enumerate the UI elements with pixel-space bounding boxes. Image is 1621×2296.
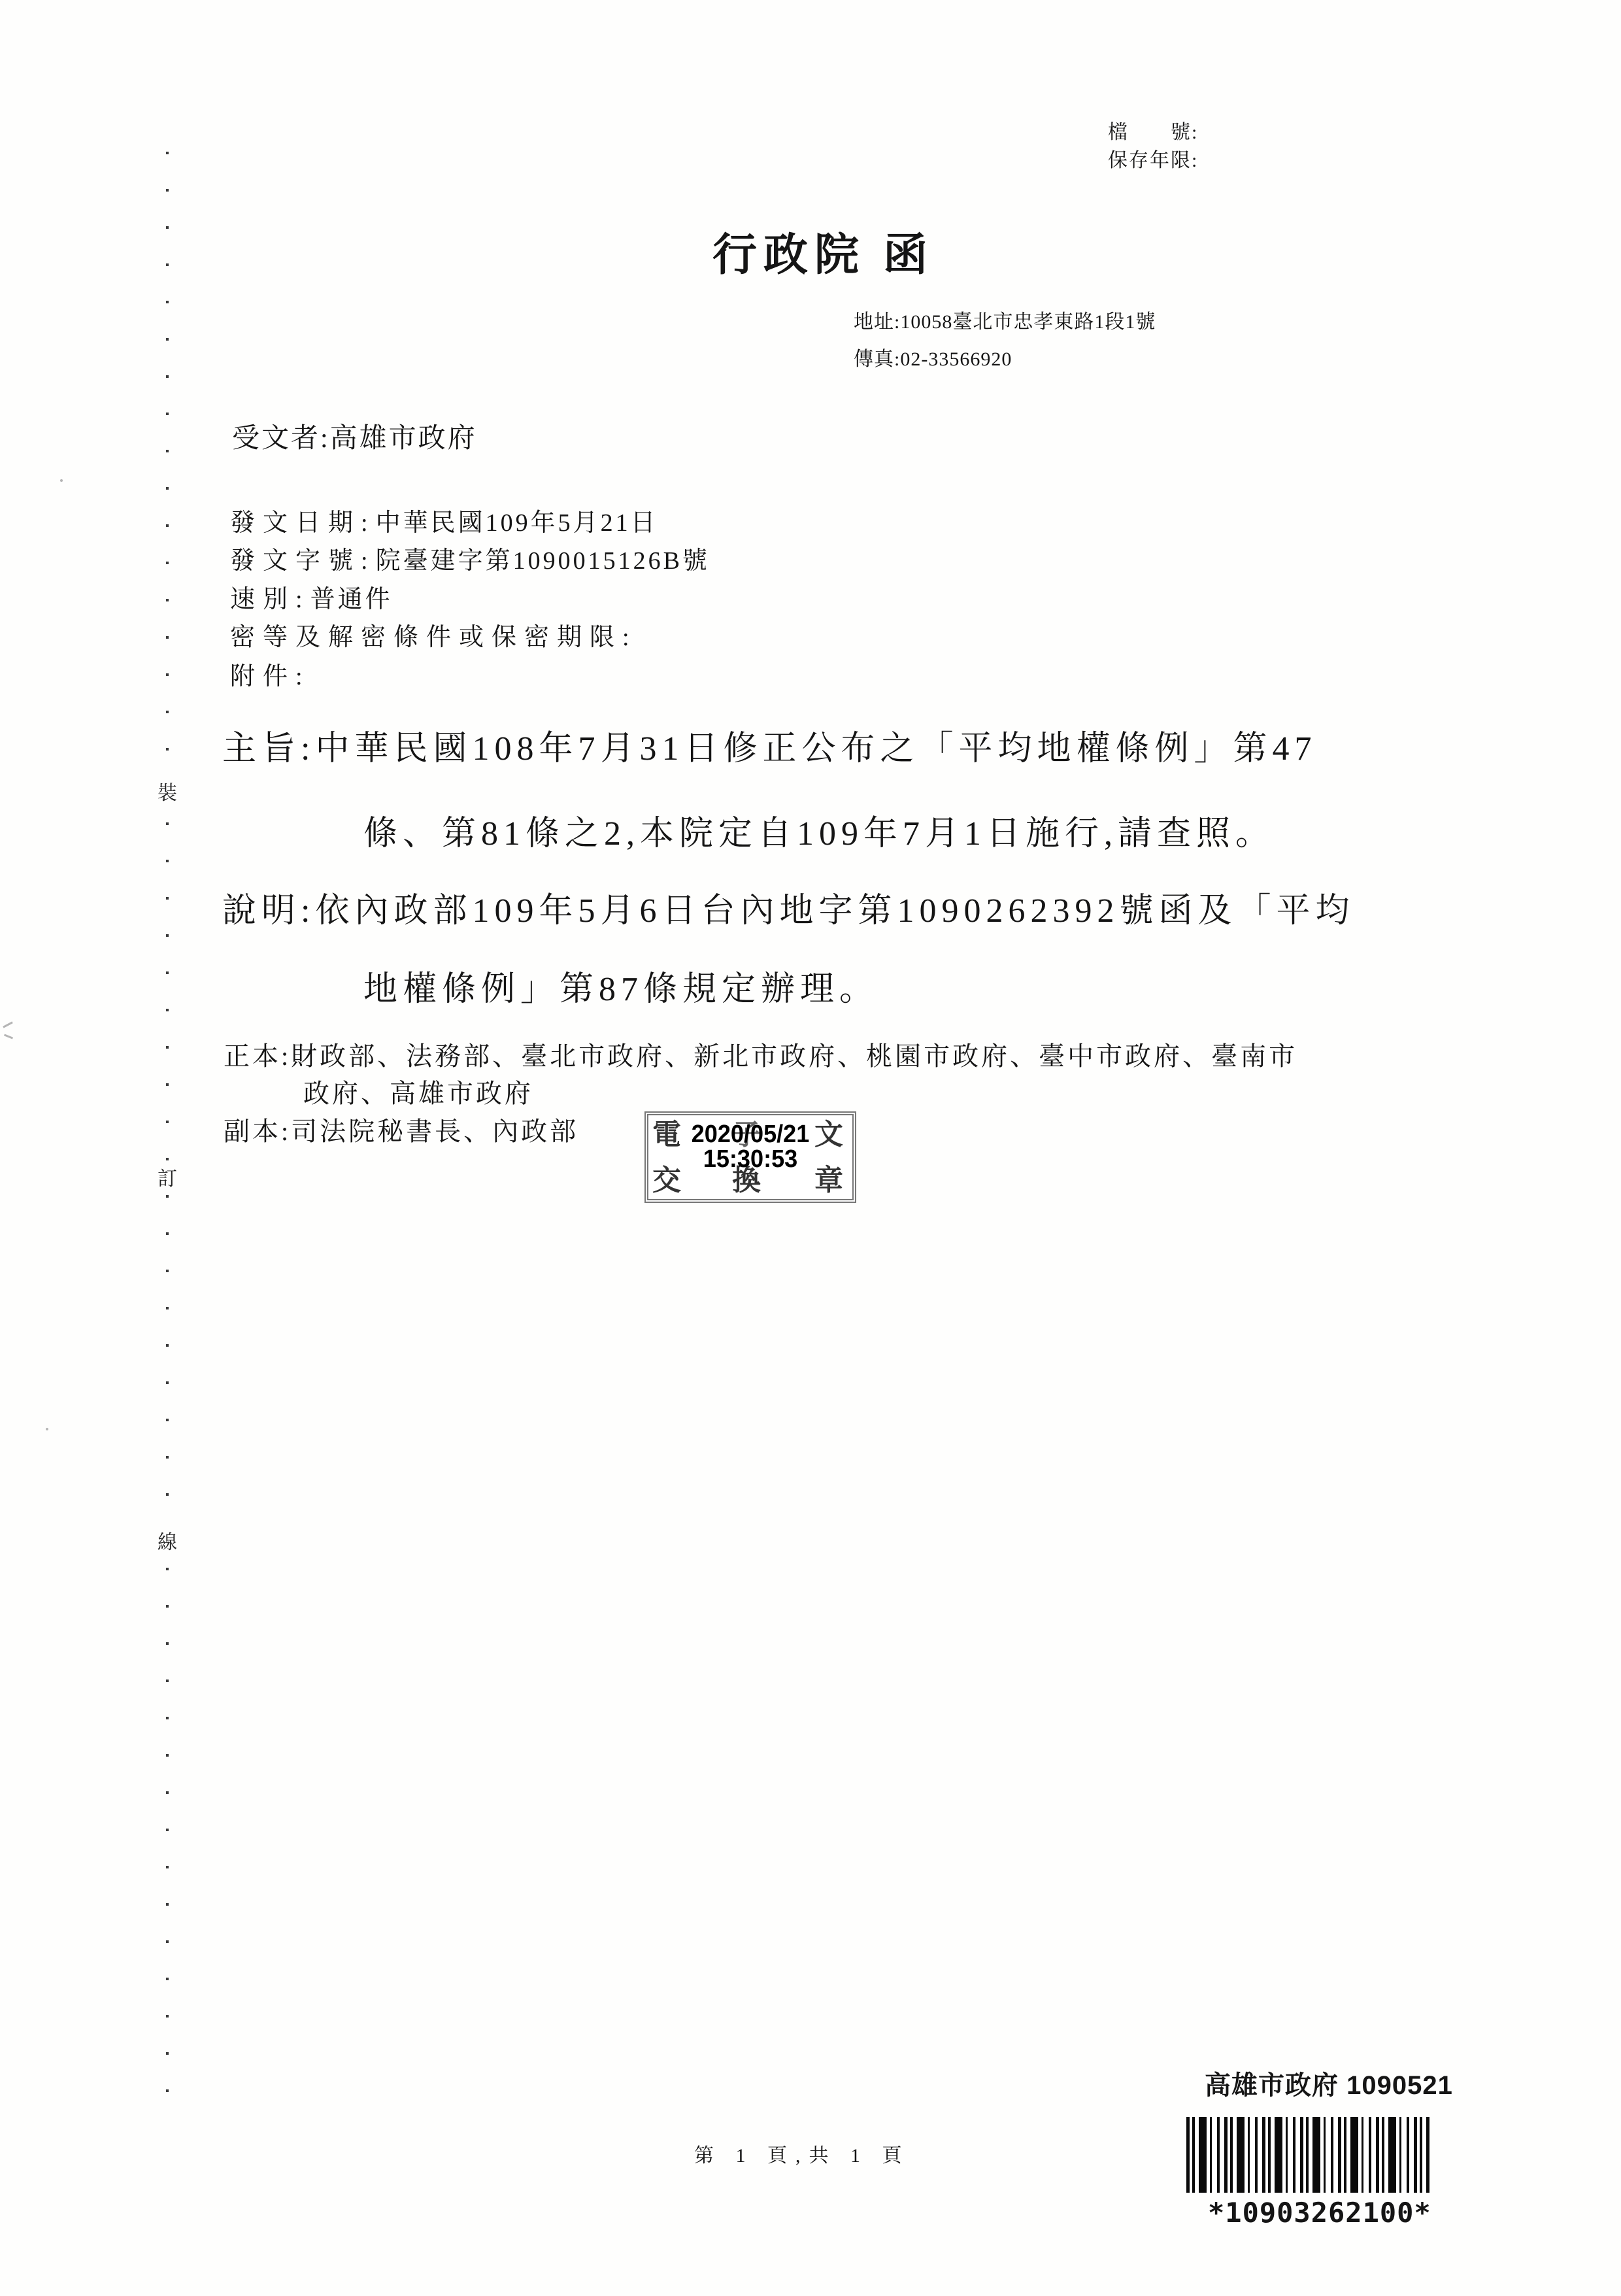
archive-block: 檔 號: 保存年限: xyxy=(1108,123,1198,179)
issue-date-line: 發文日期:中華民國109年5月21日 xyxy=(230,511,658,535)
scan-artifact xyxy=(60,479,63,482)
subject-line-2: 條、第81條之2,本院定自109年7月1日施行,請查照。 xyxy=(363,817,1275,851)
stamp-date: 2020/05/21 xyxy=(654,1122,847,1147)
page-number: 第 1 頁,共 1 頁 xyxy=(694,2146,911,2166)
scan-artifact xyxy=(46,1428,48,1430)
fax-label: 傳真: xyxy=(854,348,900,370)
subject-label: 主旨: xyxy=(222,730,315,768)
original-recipients-line-1: 正本:財政部、法務部、臺北市政府、新北市政府、桃園市政府、臺中市政府、臺南市 xyxy=(224,1043,1297,1070)
binding-mark-zhuang: 裝 xyxy=(154,778,180,809)
cc-label: 副本: xyxy=(224,1117,291,1146)
attachment-label: 附件: xyxy=(230,663,310,690)
fax-value: 02-33566920 xyxy=(900,348,1012,370)
issue-date-value: 中華民國109年5月21日 xyxy=(376,509,658,537)
scan-artifact xyxy=(4,1034,13,1039)
binding-dotted-line xyxy=(166,152,169,2097)
recipient-label: 受文者: xyxy=(232,424,330,454)
security-class-label: 密等及解密條件或保密期限: xyxy=(230,624,637,651)
sender-address-line: 地址:10058臺北市忠孝東路1段1號 xyxy=(854,312,1156,332)
recipient-value: 高雄市政府 xyxy=(330,424,477,454)
retention-period-label: 保存年限: xyxy=(1108,151,1198,171)
recipient-line: 受文者:高雄市政府 xyxy=(232,425,477,452)
speed-class-value: 普通件 xyxy=(310,586,393,613)
barcode-value: *10903262100* xyxy=(1208,2199,1431,2227)
barcode-label: 高雄市政府 1090521 xyxy=(1205,2072,1453,2099)
sender-contact-block: 地址:10058臺北市忠孝東路1段1號 傳真:02-33566920 xyxy=(854,312,1156,387)
cc-text: 司法院秘書長、內政部 xyxy=(291,1117,578,1146)
attachment-line: 附件: xyxy=(230,664,310,689)
binding-mark-ding: 訂 xyxy=(154,1164,180,1195)
speed-class-line: 速別:普通件 xyxy=(230,587,393,612)
explanation-label: 說明: xyxy=(222,892,315,930)
explanation-line-2: 地權條例」第87條規定辦理。 xyxy=(363,973,878,1007)
barcode xyxy=(1186,2117,1429,2193)
original-recipients-line-2: 政府、高雄市政府 xyxy=(303,1081,533,1107)
sender-fax-line: 傳真:02-33566920 xyxy=(854,350,1156,369)
explanation-text-1: 依內政部109年5月6日台內地字第1090262392號函及「平均 xyxy=(315,892,1354,930)
original-text-1: 財政部、法務部、臺北市政府、新北市政府、桃園市政府、臺中市政府、臺南市 xyxy=(291,1041,1297,1071)
original-label: 正本: xyxy=(224,1041,291,1071)
address-label: 地址: xyxy=(854,311,900,333)
subject-text-1: 中華民國108年7月31日修正公布之「平均地權條例」第47 xyxy=(315,730,1316,768)
issue-date-label: 發文日期: xyxy=(230,509,376,537)
doc-number-label: 發文字號: xyxy=(230,547,376,575)
subject-line-1: 主旨:中華民國108年7月31日修正公布之「平均地權條例」第47 xyxy=(222,732,1316,766)
scanned-official-letter: 裝 訂 線 檔 號: 保存年限: 行政院 函 地址:10058臺北市忠孝東路1段… xyxy=(0,0,1621,2296)
electronic-exchange-stamp: 電 子 文 交 換 章 2020/05/21 15:30:53 xyxy=(644,1111,856,1203)
security-class-line: 密等及解密條件或保密期限: xyxy=(230,625,637,650)
address-value: 10058臺北市忠孝東路1段1號 xyxy=(900,311,1156,333)
doc-number-line: 發文字號:院臺建字第1090015126B號 xyxy=(230,549,710,573)
speed-class-label: 速別: xyxy=(230,586,310,613)
binding-mark-xian: 線 xyxy=(154,1527,180,1559)
doc-number-value: 院臺建字第1090015126B號 xyxy=(376,547,710,575)
document-title: 行政院 函 xyxy=(712,233,934,277)
scan-artifact xyxy=(3,1021,13,1028)
stamp-time: 15:30:53 xyxy=(654,1147,847,1172)
explanation-line-1: 說明:依內政部109年5月6日台內地字第1090262392號函及「平均 xyxy=(222,894,1354,928)
cc-recipients-line: 副本:司法院秘書長、內政部 xyxy=(224,1119,578,1145)
file-number-label: 檔 號: xyxy=(1108,123,1198,143)
